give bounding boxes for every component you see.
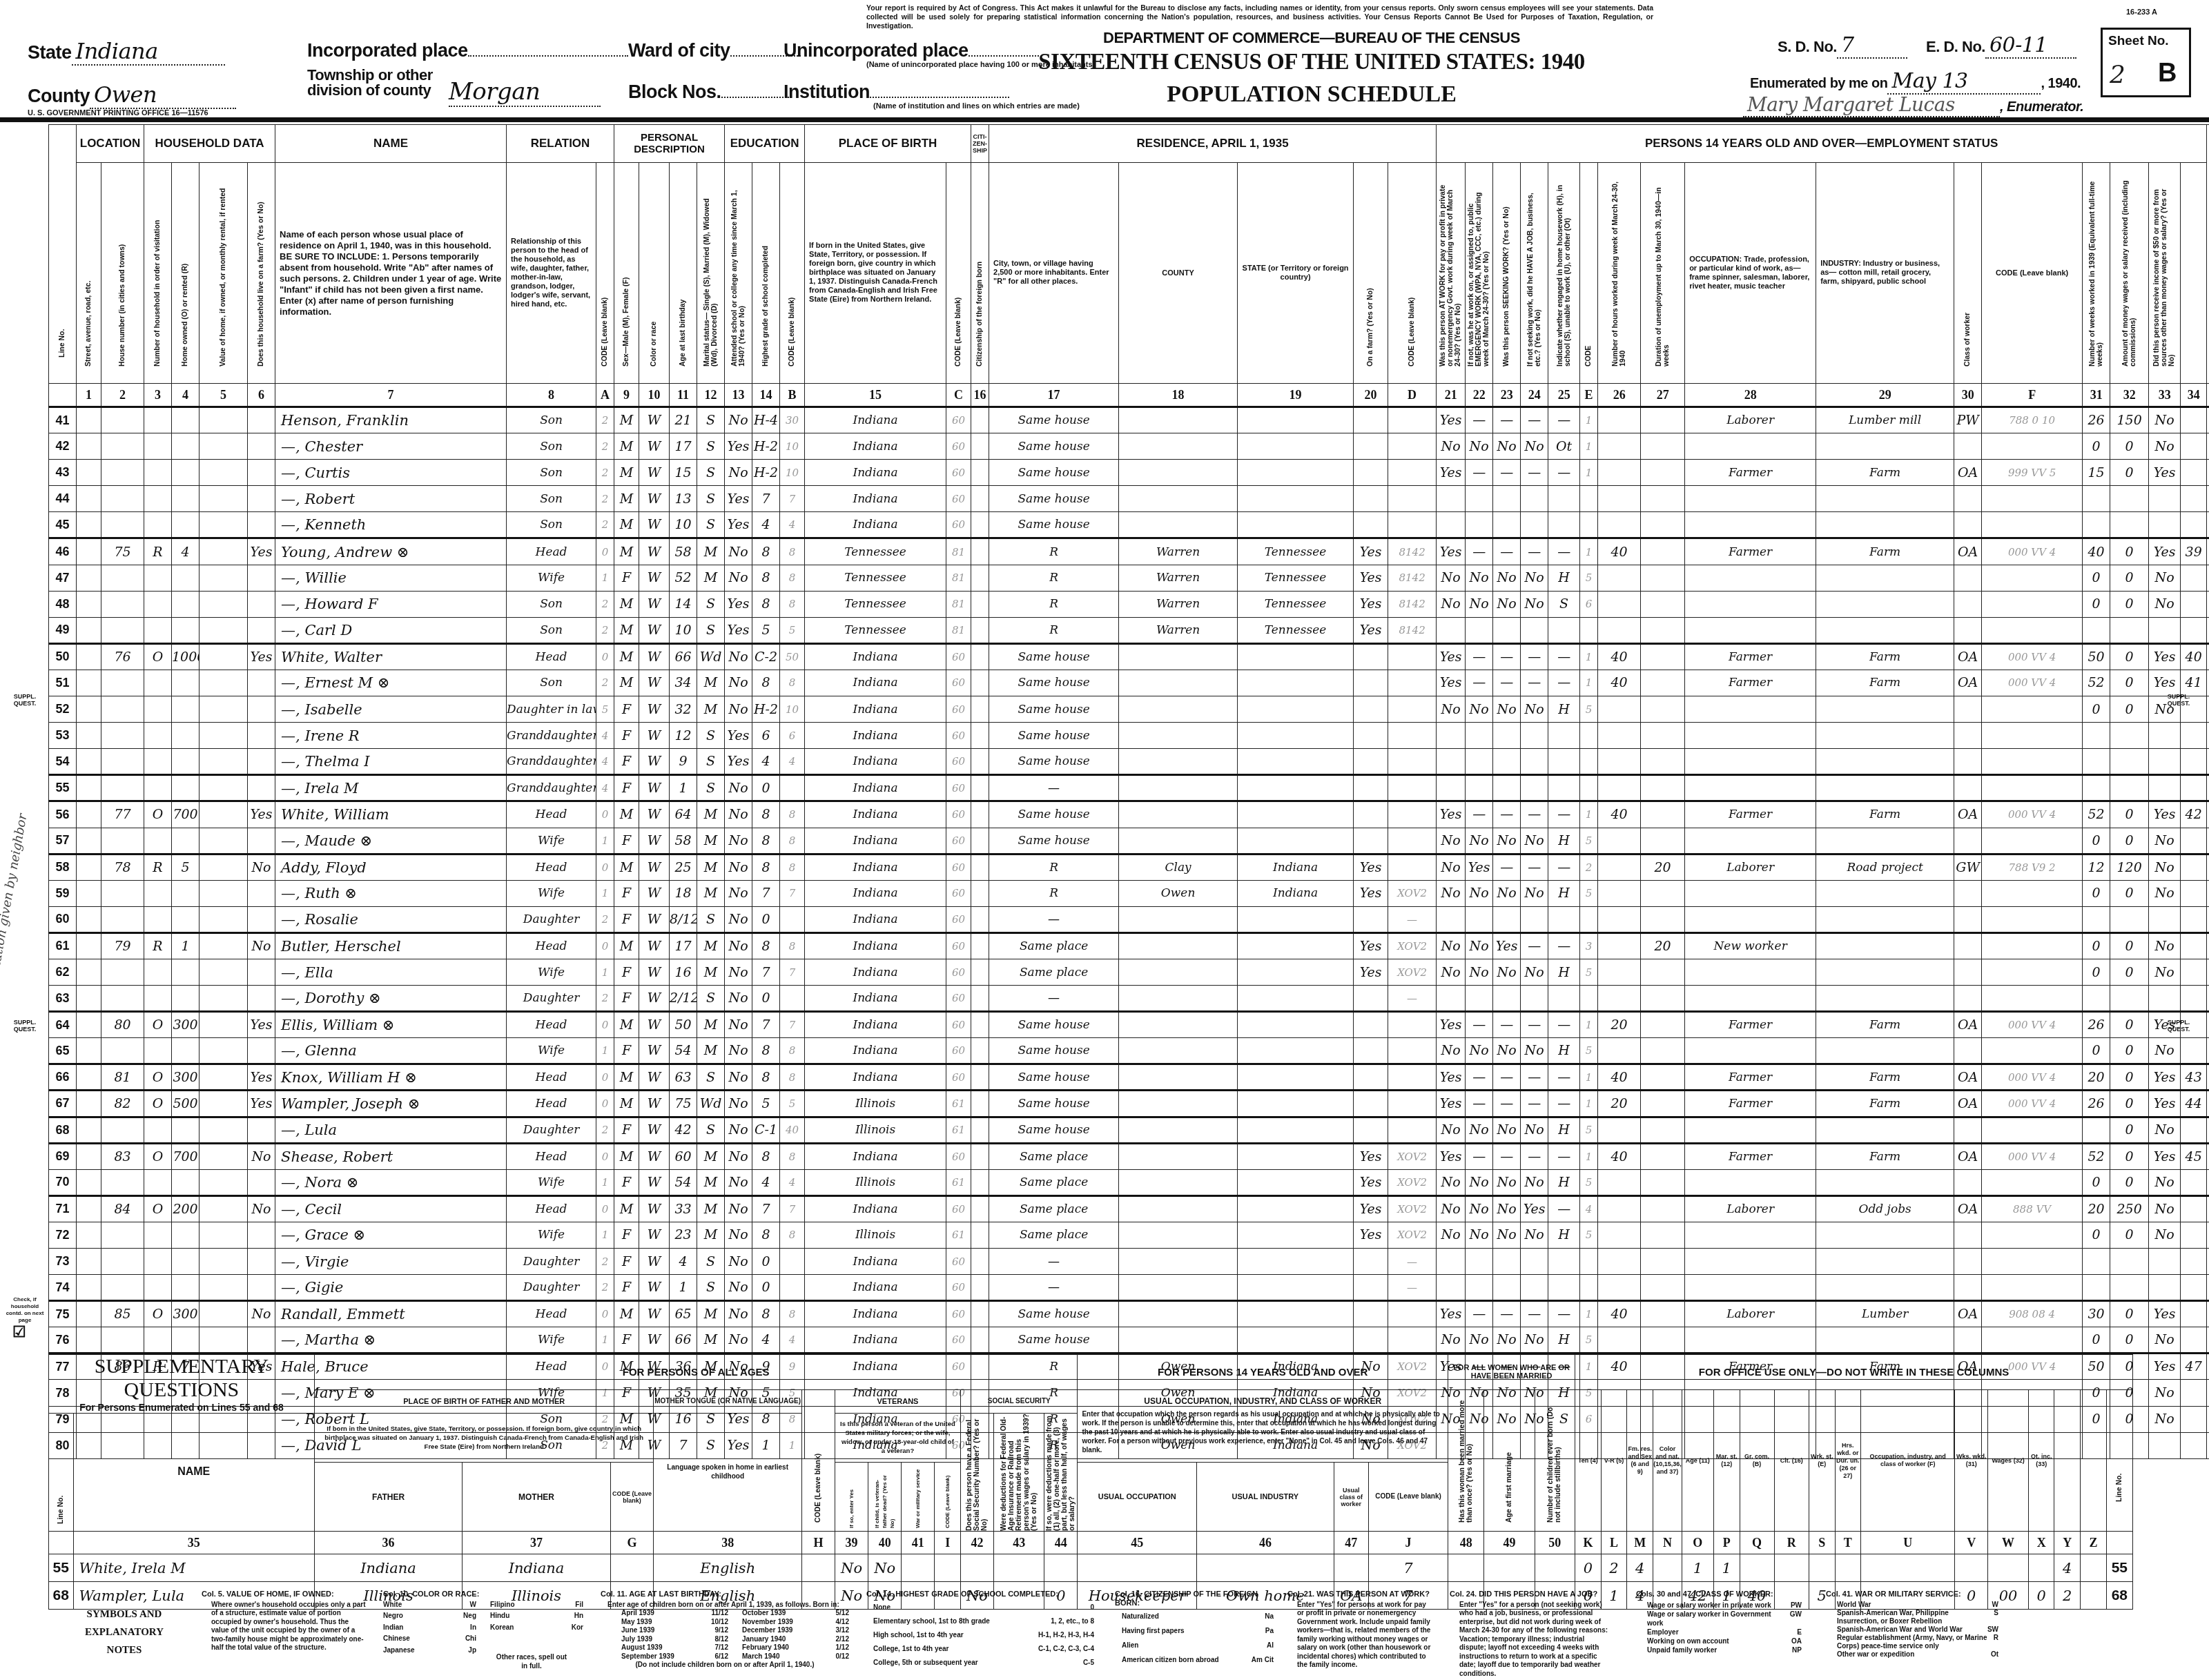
cell-code-a[interactable]: 0: [596, 1143, 614, 1169]
cell-code-f[interactable]: [1982, 486, 2083, 512]
cell-c34[interactable]: 45: [2181, 1143, 2207, 1169]
cell-class[interactable]: [1954, 775, 1982, 801]
cell-cit[interactable]: [971, 1301, 989, 1327]
cell-marital[interactable]: S: [697, 512, 725, 538]
cell-visit[interactable]: [144, 591, 172, 617]
cell-c26[interactable]: [1598, 1327, 1641, 1354]
cell-cit[interactable]: [971, 617, 989, 643]
cell-farm[interactable]: Yes: [248, 643, 275, 670]
cell-value[interactable]: [200, 617, 248, 643]
cell-c27[interactable]: [1641, 1327, 1685, 1354]
cell-c22[interactable]: —: [1466, 407, 1493, 433]
supp-cell-c47[interactable]: [1334, 1554, 1368, 1582]
cell-code-e[interactable]: 3: [1580, 932, 1598, 959]
cell-code-d[interactable]: [1388, 828, 1437, 854]
cell-relation[interactable]: Daughter in law: [507, 696, 596, 723]
cell-value[interactable]: [200, 1117, 248, 1143]
cell-code-b[interactable]: 8: [780, 854, 805, 880]
cell-class[interactable]: [1954, 723, 1982, 749]
cell-farm[interactable]: [248, 591, 275, 617]
cell-c21[interactable]: Yes: [1437, 538, 1466, 565]
cell-grade[interactable]: 4: [752, 749, 780, 775]
cell-relation[interactable]: Wife: [507, 959, 596, 985]
cell-c27[interactable]: [1641, 407, 1685, 433]
cell-c27[interactable]: [1641, 591, 1685, 617]
cell-occupation[interactable]: [1685, 617, 1816, 643]
cell-school[interactable]: No: [725, 880, 752, 906]
cell-c23[interactable]: No: [1493, 591, 1521, 617]
cell-c23[interactable]: No: [1493, 880, 1521, 906]
incorporated-place-value[interactable]: [468, 55, 628, 57]
cell-c23[interactable]: No: [1493, 1169, 1521, 1195]
cell-c24[interactable]: [1521, 986, 1548, 1012]
cell-c31[interactable]: 52: [2083, 1143, 2110, 1169]
cell-c22[interactable]: [1466, 486, 1493, 512]
cell-age[interactable]: 14: [670, 591, 697, 617]
cell-res-farm[interactable]: [1354, 906, 1388, 932]
cell-own[interactable]: 700: [172, 801, 200, 828]
cell-visit[interactable]: O: [144, 801, 172, 828]
cell-code-b[interactable]: 30: [780, 407, 805, 433]
cell-code-b[interactable]: 40: [780, 1117, 805, 1143]
cell-code-f[interactable]: [1982, 1038, 2083, 1064]
cell-birth[interactable]: Indiana: [805, 1064, 946, 1091]
supp-cell-c43[interactable]: [994, 1554, 1044, 1582]
cell-code-d[interactable]: [1388, 460, 1437, 486]
cell-house-no[interactable]: [101, 1117, 144, 1143]
cell-cit[interactable]: [971, 565, 989, 591]
cell-industry[interactable]: Lumber mill: [1816, 407, 1954, 433]
cell-c24[interactable]: [1521, 775, 1548, 801]
cell-c33[interactable]: Yes: [2149, 670, 2181, 696]
cell-res-county[interactable]: [1119, 723, 1238, 749]
cell-code-a[interactable]: 0: [596, 643, 614, 670]
cell-own[interactable]: 300: [172, 1012, 200, 1038]
cell-c22[interactable]: —: [1466, 538, 1493, 565]
cell-class[interactable]: OA: [1954, 643, 1982, 670]
cell-cit[interactable]: [971, 986, 989, 1012]
cell-occupation[interactable]: Farmer: [1685, 1143, 1816, 1169]
cell-code-f[interactable]: [1982, 591, 2083, 617]
cell-c32[interactable]: [2110, 486, 2149, 512]
cell-street[interactable]: [77, 696, 101, 723]
cell-school[interactable]: Yes: [725, 591, 752, 617]
cell-code-d[interactable]: 8142: [1388, 617, 1437, 643]
cell-class[interactable]: [1954, 906, 1982, 932]
cell-race[interactable]: W: [639, 749, 670, 775]
cell-res-farm[interactable]: Yes: [1354, 880, 1388, 906]
cell-c34[interactable]: [2181, 1222, 2207, 1248]
cell-class[interactable]: OA: [1954, 1012, 1982, 1038]
cell-farm[interactable]: [248, 617, 275, 643]
cell-res-city[interactable]: R: [989, 880, 1119, 906]
cell-res-state[interactable]: [1238, 1064, 1354, 1091]
supp-cell-c39[interactable]: No: [835, 1554, 868, 1582]
cell-c22[interactable]: No: [1466, 828, 1493, 854]
cell-sex[interactable]: M: [614, 801, 639, 828]
cell-c24[interactable]: [1521, 512, 1548, 538]
cell-code-c[interactable]: 60: [946, 1195, 971, 1222]
cell-marital[interactable]: M: [697, 1169, 725, 1195]
cell-code-a[interactable]: 2: [596, 512, 614, 538]
cell-res-farm[interactable]: [1354, 486, 1388, 512]
cell-c25[interactable]: —: [1548, 932, 1580, 959]
cell-res-city[interactable]: —: [989, 775, 1119, 801]
cell-c25[interactable]: —: [1548, 1195, 1580, 1222]
cell-code-e[interactable]: [1580, 512, 1598, 538]
cell-res-county[interactable]: [1119, 433, 1238, 460]
cell-occupation[interactable]: [1685, 696, 1816, 723]
cell-c27[interactable]: [1641, 512, 1685, 538]
cell-street[interactable]: [77, 591, 101, 617]
cell-sex[interactable]: F: [614, 1275, 639, 1301]
cell-code-a[interactable]: 4: [596, 775, 614, 801]
cell-code-d[interactable]: [1388, 486, 1437, 512]
cell-code-b[interactable]: 8: [780, 1038, 805, 1064]
cell-res-state[interactable]: Indiana: [1238, 880, 1354, 906]
cell-c24[interactable]: —: [1521, 801, 1548, 828]
cell-relation[interactable]: Son: [507, 486, 596, 512]
cell-c23[interactable]: No: [1493, 828, 1521, 854]
cell-code-d[interactable]: XOV2: [1388, 1195, 1437, 1222]
cell-code-e[interactable]: 4: [1580, 1195, 1598, 1222]
cell-c31[interactable]: [2083, 775, 2110, 801]
cell-code-f[interactable]: 000 VV 4: [1982, 801, 2083, 828]
cell-school[interactable]: No: [725, 407, 752, 433]
cell-own[interactable]: [172, 486, 200, 512]
cell-c21[interactable]: [1437, 1249, 1466, 1275]
cell-c25[interactable]: H: [1548, 1038, 1580, 1064]
cell-cit[interactable]: [971, 1195, 989, 1222]
cell-c33[interactable]: Yes: [2149, 643, 2181, 670]
cell-c25[interactable]: [1548, 906, 1580, 932]
cell-c34[interactable]: [2181, 854, 2207, 880]
cell-value[interactable]: [200, 670, 248, 696]
cell-race[interactable]: W: [639, 828, 670, 854]
cell-c34[interactable]: [2181, 486, 2207, 512]
cell-birth[interactable]: Indiana: [805, 880, 946, 906]
cell-code-c[interactable]: 60: [946, 959, 971, 985]
cell-own[interactable]: [172, 591, 200, 617]
cell-code-c[interactable]: 60: [946, 932, 971, 959]
cell-c26[interactable]: 40: [1598, 801, 1641, 828]
cell-c32[interactable]: 0: [2110, 801, 2149, 828]
supp-cell-c48[interactable]: [1448, 1554, 1484, 1582]
cell-house-no[interactable]: 85: [101, 1301, 144, 1327]
cell-code-e[interactable]: [1580, 775, 1598, 801]
cell-race[interactable]: W: [639, 1169, 670, 1195]
cell-c25[interactable]: H: [1548, 1169, 1580, 1195]
cell-marital[interactable]: S: [697, 986, 725, 1012]
cell-value[interactable]: [200, 1222, 248, 1248]
cell-industry[interactable]: [1816, 906, 1954, 932]
cell-res-state[interactable]: [1238, 433, 1354, 460]
cell-occupation[interactable]: Farmer: [1685, 538, 1816, 565]
cell-name[interactable]: Butler, Herschel: [275, 932, 507, 959]
cell-c25[interactable]: H: [1548, 959, 1580, 985]
cell-code-a[interactable]: 0: [596, 1091, 614, 1117]
cell-class[interactable]: GW: [1954, 854, 1982, 880]
cell-c26[interactable]: 20: [1598, 1091, 1641, 1117]
cell-code-d[interactable]: —: [1388, 1249, 1437, 1275]
cell-visit[interactable]: O: [144, 1012, 172, 1038]
cell-industry[interactable]: [1816, 512, 1954, 538]
cell-code-b[interactable]: [780, 986, 805, 1012]
cell-farm[interactable]: [248, 723, 275, 749]
cell-code-d[interactable]: [1388, 1012, 1437, 1038]
cell-code-a[interactable]: 2: [596, 407, 614, 433]
cell-value[interactable]: [200, 1143, 248, 1169]
cell-code-a[interactable]: 0: [596, 1195, 614, 1222]
cell-birth[interactable]: Indiana: [805, 407, 946, 433]
cell-res-city[interactable]: R: [989, 565, 1119, 591]
cell-c31[interactable]: [2083, 1117, 2110, 1143]
cell-marital[interactable]: M: [697, 538, 725, 565]
cell-code-d[interactable]: XOV2: [1388, 1169, 1437, 1195]
cell-occupation[interactable]: [1685, 486, 1816, 512]
cell-school[interactable]: No: [725, 854, 752, 880]
cell-c26[interactable]: 40: [1598, 1064, 1641, 1091]
cell-code-f[interactable]: [1982, 565, 2083, 591]
cell-c26[interactable]: [1598, 932, 1641, 959]
cell-marital[interactable]: M: [697, 828, 725, 854]
cell-res-state[interactable]: Tennessee: [1238, 565, 1354, 591]
cell-farm[interactable]: Yes: [248, 1012, 275, 1038]
cell-occupation[interactable]: Farmer: [1685, 670, 1816, 696]
cell-cit[interactable]: [971, 775, 989, 801]
cell-relation[interactable]: Head: [507, 932, 596, 959]
cell-birth[interactable]: Tennessee: [805, 591, 946, 617]
cell-grade[interactable]: 7: [752, 880, 780, 906]
cell-age[interactable]: 4: [670, 1249, 697, 1275]
cell-c31[interactable]: [2083, 617, 2110, 643]
cell-res-state[interactable]: [1238, 801, 1354, 828]
cell-name[interactable]: —, Curtis: [275, 460, 507, 486]
cell-c24[interactable]: No: [1521, 1169, 1548, 1195]
cell-c24[interactable]: No: [1521, 1327, 1548, 1354]
cell-res-city[interactable]: R: [989, 538, 1119, 565]
cell-c27[interactable]: [1641, 460, 1685, 486]
supp-cell-y[interactable]: 4: [2054, 1554, 2081, 1582]
cell-c33[interactable]: [2149, 986, 2181, 1012]
cell-c24[interactable]: No: [1521, 565, 1548, 591]
cell-house-no[interactable]: [101, 696, 144, 723]
cell-own[interactable]: [172, 906, 200, 932]
cell-birth[interactable]: Indiana: [805, 932, 946, 959]
cell-c34[interactable]: 42: [2181, 801, 2207, 828]
supp-cell-code-h[interactable]: [801, 1554, 835, 1582]
cell-farm[interactable]: [248, 986, 275, 1012]
cell-code-e[interactable]: [1580, 723, 1598, 749]
cell-c26[interactable]: [1598, 723, 1641, 749]
cell-race[interactable]: W: [639, 986, 670, 1012]
cell-street[interactable]: [77, 854, 101, 880]
cell-age[interactable]: 33: [670, 1195, 697, 1222]
cell-c24[interactable]: —: [1521, 1012, 1548, 1038]
cell-industry[interactable]: [1816, 1222, 1954, 1248]
cell-birth[interactable]: Indiana: [805, 1301, 946, 1327]
cell-c23[interactable]: No: [1493, 565, 1521, 591]
cell-relation[interactable]: Daughter: [507, 1275, 596, 1301]
cell-name[interactable]: Ellis, William ⊗: [275, 1012, 507, 1038]
cell-code-c[interactable]: 60: [946, 775, 971, 801]
cell-house-no[interactable]: 84: [101, 1195, 144, 1222]
cell-marital[interactable]: S: [697, 906, 725, 932]
cell-name[interactable]: —, Irene R: [275, 723, 507, 749]
cell-code-b[interactable]: 8: [780, 565, 805, 591]
cell-c21[interactable]: No: [1437, 1222, 1466, 1248]
cell-farm[interactable]: [248, 512, 275, 538]
cell-res-city[interactable]: —: [989, 1249, 1119, 1275]
cell-code-b[interactable]: 8: [780, 591, 805, 617]
cell-visit[interactable]: [144, 880, 172, 906]
cell-farm[interactable]: [248, 775, 275, 801]
cell-code-a[interactable]: 2: [596, 617, 614, 643]
cell-c21[interactable]: Yes: [1437, 643, 1466, 670]
cell-c34[interactable]: [2181, 1169, 2207, 1195]
cell-code-f[interactable]: [1982, 1117, 2083, 1143]
cell-res-farm[interactable]: [1354, 1091, 1388, 1117]
cell-res-city[interactable]: Same place: [989, 959, 1119, 985]
cell-code-d[interactable]: [1388, 775, 1437, 801]
cell-res-farm[interactable]: [1354, 1301, 1388, 1327]
cell-farm[interactable]: [248, 460, 275, 486]
cell-age[interactable]: 32: [670, 696, 697, 723]
cell-res-city[interactable]: Same house: [989, 1301, 1119, 1327]
cell-code-e[interactable]: 5: [1580, 696, 1598, 723]
cell-c24[interactable]: —: [1521, 407, 1548, 433]
cell-own[interactable]: [172, 1275, 200, 1301]
cell-c27[interactable]: [1641, 1222, 1685, 1248]
cell-age[interactable]: 66: [670, 1327, 697, 1354]
cell-sex[interactable]: M: [614, 1012, 639, 1038]
cell-birth[interactable]: Indiana: [805, 1327, 946, 1354]
cell-code-d[interactable]: 8142: [1388, 538, 1437, 565]
cell-res-state[interactable]: [1238, 486, 1354, 512]
cell-code-b[interactable]: 4: [780, 512, 805, 538]
cell-c22[interactable]: No: [1466, 1222, 1493, 1248]
cell-c32[interactable]: [2110, 749, 2149, 775]
cell-school[interactable]: Yes: [725, 617, 752, 643]
cell-c32[interactable]: [2110, 617, 2149, 643]
cell-street[interactable]: [77, 433, 101, 460]
cell-visit[interactable]: [144, 1249, 172, 1275]
cell-code-e[interactable]: 6: [1580, 591, 1598, 617]
cell-value[interactable]: [200, 1275, 248, 1301]
cell-race[interactable]: W: [639, 407, 670, 433]
cell-birth[interactable]: Indiana: [805, 749, 946, 775]
cell-sex[interactable]: F: [614, 1169, 639, 1195]
cell-c22[interactable]: [1466, 749, 1493, 775]
cell-own[interactable]: [172, 670, 200, 696]
cell-farm[interactable]: Yes: [248, 1064, 275, 1091]
cell-industry[interactable]: [1816, 880, 1954, 906]
cell-grade[interactable]: H-2: [752, 696, 780, 723]
cell-code-e[interactable]: 1: [1580, 538, 1598, 565]
cell-c25[interactable]: —: [1548, 643, 1580, 670]
cell-res-city[interactable]: Same house: [989, 1327, 1119, 1354]
cell-grade[interactable]: 8: [752, 565, 780, 591]
cell-sex[interactable]: F: [614, 1038, 639, 1064]
cell-code-f[interactable]: 000 VV 4: [1982, 1012, 2083, 1038]
cell-marital[interactable]: S: [697, 1249, 725, 1275]
cell-res-state[interactable]: [1238, 512, 1354, 538]
cell-code-c[interactable]: 60: [946, 801, 971, 828]
cell-birth[interactable]: Indiana: [805, 775, 946, 801]
cell-c32[interactable]: 0: [2110, 565, 2149, 591]
cell-c24[interactable]: No: [1521, 880, 1548, 906]
cell-code-c[interactable]: 61: [946, 1222, 971, 1248]
cell-res-county[interactable]: Warren: [1119, 538, 1238, 565]
cell-c32[interactable]: 0: [2110, 1143, 2149, 1169]
cell-code-f[interactable]: [1982, 959, 2083, 985]
cell-class[interactable]: [1954, 696, 1982, 723]
cell-sex[interactable]: F: [614, 565, 639, 591]
cell-c23[interactable]: [1493, 749, 1521, 775]
cell-c32[interactable]: 0: [2110, 670, 2149, 696]
cell-visit[interactable]: [144, 1275, 172, 1301]
cell-c33[interactable]: No: [2149, 565, 2181, 591]
cell-code-d[interactable]: [1388, 854, 1437, 880]
cell-res-city[interactable]: Same house: [989, 749, 1119, 775]
cell-birth[interactable]: Indiana: [805, 696, 946, 723]
cell-c24[interactable]: —: [1521, 932, 1548, 959]
cell-c31[interactable]: 0: [2083, 932, 2110, 959]
cell-street[interactable]: [77, 828, 101, 854]
cell-birth[interactable]: Illinois: [805, 1117, 946, 1143]
cell-c27[interactable]: [1641, 1064, 1685, 1091]
cell-c24[interactable]: —: [1521, 1143, 1548, 1169]
cell-race[interactable]: W: [639, 959, 670, 985]
cell-occupation[interactable]: [1685, 828, 1816, 854]
cell-code-c[interactable]: 60: [946, 749, 971, 775]
cell-class[interactable]: OA: [1954, 670, 1982, 696]
cell-code-a[interactable]: 2: [596, 1117, 614, 1143]
cell-res-farm[interactable]: [1354, 670, 1388, 696]
institution-value[interactable]: [870, 97, 1009, 98]
cell-code-e[interactable]: 5: [1580, 1169, 1598, 1195]
cell-c33[interactable]: Yes: [2149, 1143, 2181, 1169]
cell-code-e[interactable]: [1580, 986, 1598, 1012]
cell-res-farm[interactable]: [1354, 749, 1388, 775]
cell-c34[interactable]: 44: [2181, 1091, 2207, 1117]
cell-c33[interactable]: Yes: [2149, 1354, 2181, 1380]
cell-school[interactable]: No: [725, 1301, 752, 1327]
cell-school[interactable]: No: [725, 1038, 752, 1064]
cell-c26[interactable]: [1598, 749, 1641, 775]
cell-c22[interactable]: [1466, 1249, 1493, 1275]
cell-c23[interactable]: No: [1493, 1195, 1521, 1222]
cell-c33[interactable]: No: [2149, 854, 2181, 880]
cell-c23[interactable]: —: [1493, 1012, 1521, 1038]
cell-c27[interactable]: [1641, 959, 1685, 985]
cell-school[interactable]: Yes: [725, 486, 752, 512]
cell-class[interactable]: [1954, 591, 1982, 617]
cell-code-a[interactable]: 1: [596, 565, 614, 591]
cell-c25[interactable]: Ot: [1548, 433, 1580, 460]
sheet-number[interactable]: 2: [2110, 61, 2125, 89]
cell-race[interactable]: W: [639, 1117, 670, 1143]
cell-c21[interactable]: No: [1437, 591, 1466, 617]
cell-code-d[interactable]: XOV2: [1388, 1143, 1437, 1169]
cell-own[interactable]: [172, 1038, 200, 1064]
cell-occupation[interactable]: [1685, 749, 1816, 775]
cell-c25[interactable]: [1548, 1249, 1580, 1275]
cell-occupation[interactable]: [1685, 959, 1816, 985]
cell-marital[interactable]: M: [697, 801, 725, 828]
cell-c33[interactable]: No: [2149, 959, 2181, 985]
cell-marital[interactable]: S: [697, 1117, 725, 1143]
